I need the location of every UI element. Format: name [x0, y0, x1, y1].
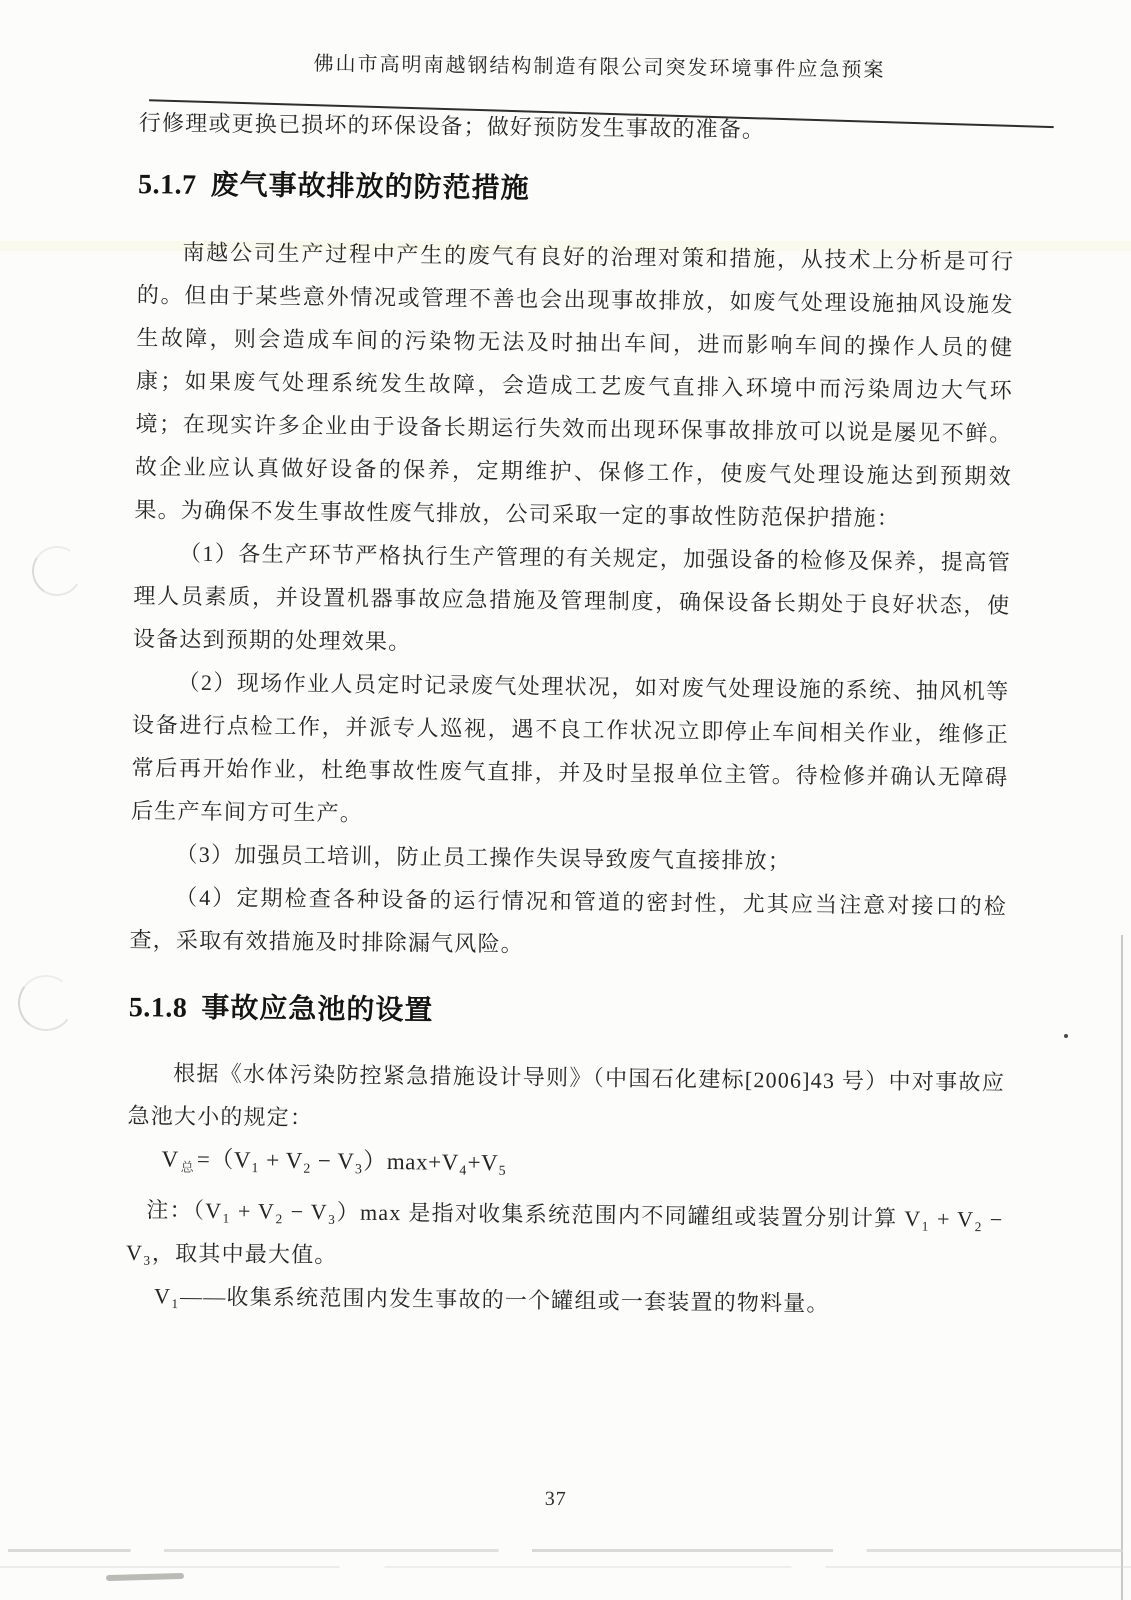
document-body: 行修理或更换已损坏的环保设备；做好预防发生事故的准备。 5.1.7废气事故排放的… — [125, 101, 1016, 1327]
measure-item-2: （2）现场作业人员定时记录废气处理状况，如对废气处理设施的系统、抽风机等设备进行… — [131, 660, 1010, 842]
section-title: 废气事故排放的防范措施 — [210, 170, 529, 205]
page-number: 37 — [0, 1482, 1121, 1518]
section-5-1-8-paragraph: 根据《水体污染防控紧急措施设计导则》（中国石化建标[2006]43 号）中对事故… — [127, 1051, 1005, 1147]
formula-base: V — [161, 1146, 179, 1171]
paragraph-continuation: 行修理或更换已损坏的环保设备；做好预防发生事故的准备。 — [139, 101, 1016, 154]
section-title: 事故应急池的设置 — [201, 993, 433, 1027]
measure-item-1: （1）各生产环节严格执行生产管理的有关规定，加强设备的检修及保养，提高管理人员素… — [133, 531, 1011, 670]
formula-note: 注：（V₁ + V₂ − V₃）max 是指对收集系统范围内不同罐组或装置分别计… — [126, 1188, 1004, 1284]
page-header: 佛山市高明南越钢结构制造有限公司突发环境事件应急预案 — [6, 44, 1131, 86]
document-page: 佛山市高明南越钢结构制造有限公司突发环境事件应急预案 行修理或更换已损坏的环保设… — [0, 0, 1131, 1600]
formula-subscript: 总 — [181, 1160, 194, 1175]
measure-item-4: （4）定期检查各种设备的运行情况和管道的密封性，尤其应当注意对接口的检查，采取有… — [129, 875, 1007, 971]
formula-expression: =（V₁ + V₂ − V₃）max+V₄+V₅ — [197, 1147, 507, 1176]
header-title: 佛山市高明南越钢结构制造有限公司突发环境事件应急预案 — [313, 53, 885, 81]
section-5-1-7-heading: 5.1.7废气事故排放的防范措施 — [138, 164, 1015, 216]
section-5-1-7-paragraph: 南越公司生产过程中产生的废气有良好的治理对策和措施，从技术上分析是可行的。但由于… — [134, 230, 1014, 541]
section-number: 5.1.7 — [138, 169, 197, 201]
v1-definition: V₁——收集系统范围内发生事故的一个罐组或一套装置的物料量。 — [125, 1274, 1002, 1327]
page-content: 佛山市高明南越钢结构制造有限公司突发环境事件应急预案 行修理或更换已损坏的环保设… — [0, 0, 1131, 1600]
section-5-1-8-heading: 5.1.8事故应急池的设置 — [129, 987, 1006, 1039]
section-number: 5.1.8 — [129, 992, 188, 1024]
